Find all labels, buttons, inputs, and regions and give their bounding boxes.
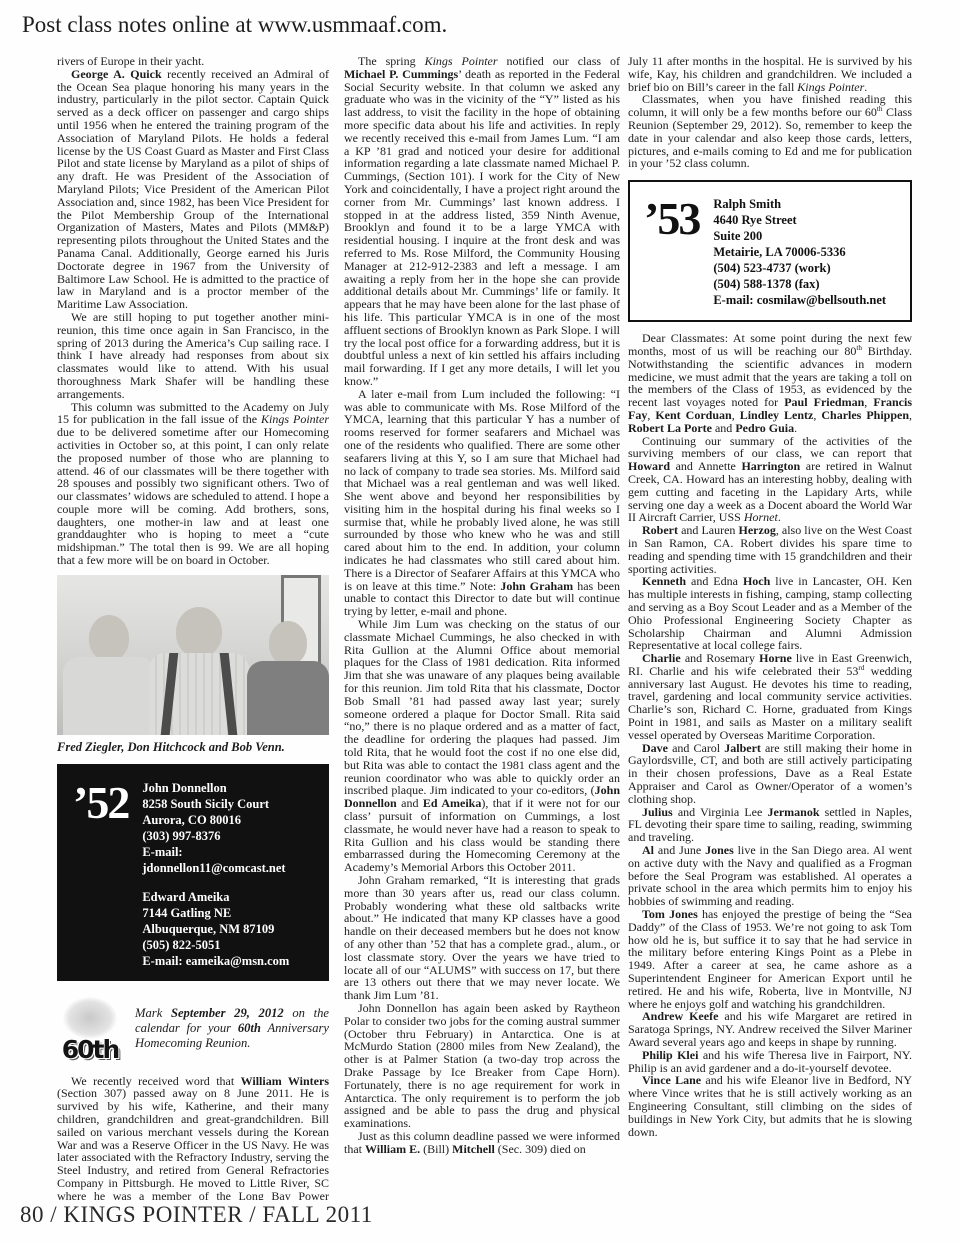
paragraph: A later e-mail from Lum included the fol… [344,388,620,618]
column-3: July 11 after months in the hospital. He… [628,55,912,1200]
contact-entry: John Donnellon8258 South Sicily CourtAur… [142,780,319,876]
photo-person-right [247,621,329,735]
magazine-page: Post class notes online at www.usmmaaf.c… [0,0,960,1245]
contact-line: Suite 200 [713,228,886,244]
contact-entry: Edward Ameika7144 Gatling NEAlbuquerque,… [142,889,319,969]
column-3-top-paragraphs: July 11 after months in the hospital. He… [628,55,912,170]
paragraph: Dear Classmates: At some point during th… [628,332,912,434]
paragraph: Classmates, when you have finished readi… [628,93,912,170]
contact-line: John Donnellon [142,780,319,796]
contact-line: Albuquerque, NM 87109 [142,921,319,937]
contact-entry: Ralph Smith4640 Rye StreetSuite 200Metai… [713,196,886,308]
paragraph: Vince Lane and his wife Eleanor live in … [628,1074,912,1138]
column-1-bottom-paragraphs: We recently received word that William W… [57,1075,329,1200]
column-3-bottom-paragraphs: Dear Classmates: At some point during th… [628,332,912,1138]
paragraph: This column was submitted to the Academy… [57,401,329,567]
contact-line: (504) 588-1378 (fax) [713,276,886,292]
paragraph: Robert and Lauren Herzog, also live on t… [628,524,912,575]
paragraph: While Jim Lum was checking on the status… [344,618,620,874]
paragraph: The spring Kings Pointer notified our cl… [344,55,620,388]
contact-line: 4640 Rye Street [713,212,886,228]
contact-line: Metairie, LA 70006-5336 [713,244,886,260]
contact-line: 8258 South Sicily Court [142,796,319,812]
paragraph: Philip Klei and his wife Theresa live in… [628,1049,912,1075]
contact-line: Edward Ameika [142,889,319,905]
page-header: Post class notes online at www.usmmaaf.c… [22,12,447,38]
contact-line: 7144 Gatling NE [142,905,319,921]
paragraph: July 11 after months in the hospital. He… [628,55,912,93]
column-1-top-paragraphs: rivers of Europe in their yacht.George A… [57,55,329,567]
reunion-note: 60th Mark September 29, 2012 on the cale… [57,997,329,1061]
column-1: rivers of Europe in their yacht.George A… [57,55,329,1200]
paragraph: George A. Quick recently received an Adm… [57,68,329,311]
column-2-paragraphs: The spring Kings Pointer notified our cl… [344,55,620,1156]
photo-person-middle [149,607,249,735]
reunion-note-text: Mark September 29, 2012 on the calendar … [135,1006,329,1051]
page-footer: 80 / KINGS POINTER / FALL 2011 [20,1202,373,1228]
class-year-53: ’53 [644,196,699,242]
paragraph: Andrew Keefe and his wife Margaret are r… [628,1010,912,1048]
contact-line: E-mail: jdonnellon11@comcast.net [142,844,319,876]
60th-logo-text: 60th [57,1044,123,1057]
paragraph: Mark September 29, 2012 on the calendar … [135,1006,329,1051]
photo-person-left [63,615,155,735]
paragraph: John Graham remarked, “It is interesting… [344,874,620,1002]
class-year-52: ’52 [73,780,128,826]
paragraph: We are still hoping to put together anot… [57,311,329,401]
class-photo [57,575,329,735]
paragraph: Continuing our summary of the activities… [628,435,912,525]
class-53-contacts: Ralph Smith4640 Rye StreetSuite 200Metai… [713,196,886,308]
paragraph: Charlie and Rosemary Horne live in East … [628,652,912,742]
paragraph: Kenneth and Edna Hoch live in Lancaster,… [628,575,912,652]
contact-line: (504) 523-4737 (work) [713,260,886,276]
contact-line: (303) 997-8376 [142,828,319,844]
contact-line: Ralph Smith [713,196,886,212]
eagle-crest-icon [63,997,117,1039]
paragraph: We recently received word that William W… [57,1075,329,1200]
paragraph: Dave and Carol Jalbert are still making … [628,742,912,806]
contact-line: E-mail: eameika@msn.com [142,953,319,969]
contact-line: (505) 822-5051 [142,937,319,953]
class-52-contacts: John Donnellon8258 South Sicily CourtAur… [142,780,319,969]
contact-line: E-mail: cosmilaw@bellsouth.net [713,292,886,308]
class-53-box: ’53 Ralph Smith4640 Rye StreetSuite 200M… [628,180,912,322]
paragraph: John Donnellon has again been asked by R… [344,1002,620,1130]
paragraph: Just as this column deadline passed we w… [344,1130,620,1156]
contact-line: Aurora, CO 80016 [142,812,319,828]
column-2: The spring Kings Pointer notified our cl… [344,55,620,1200]
60th-anniversary-logo: 60th [57,997,123,1061]
paragraph: Al and June Jones live in the San Diego … [628,844,912,908]
class-52-box: ’52 John Donnellon8258 South Sicily Cour… [57,764,329,981]
paragraph: Julius and Virginia Lee Jermanok settled… [628,806,912,844]
photo-caption: Fred Ziegler, Don Hitchcock and Bob Venn… [57,741,329,754]
paragraph: Tom Jones has enjoyed the prestige of be… [628,908,912,1010]
